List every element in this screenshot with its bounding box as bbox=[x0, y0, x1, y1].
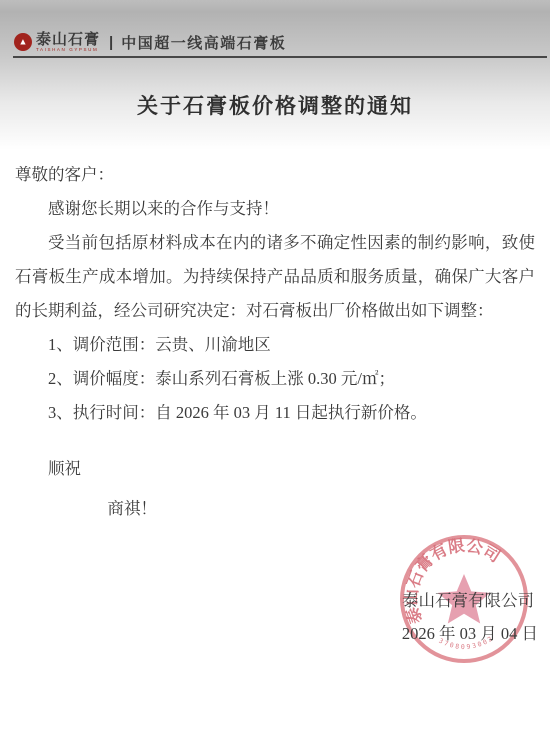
mountain-logo-icon: ▲ bbox=[14, 33, 32, 51]
signature-company: 泰山石膏有限公司 bbox=[402, 584, 534, 617]
body-paragraph: 受当前包括原材料成本在内的诸多不确定性因素的制约影响，致使石膏板生产成本增加。为… bbox=[15, 226, 535, 328]
closing-line-2: 商祺！ bbox=[15, 492, 535, 526]
letterhead-rule bbox=[13, 56, 547, 58]
adjustment-item-date: 3、执行时间：自 2026 年 03 月 11 日起执行新价格。 bbox=[15, 396, 535, 430]
brand-name-english: TAISHAN GYPSUM bbox=[36, 48, 100, 53]
signature-block: 泰山石膏有限公司 2026 年 03 月 04 日 bbox=[402, 584, 534, 650]
adjustment-item-amount: 2、调价幅度：泰山系列石膏板上涨 0.30 元/㎡； bbox=[15, 362, 535, 396]
notice-document-page: ▲ 泰山石膏 TAISHAN GYPSUM | 中国超一线高端石膏板 关于石膏板… bbox=[0, 0, 550, 748]
closing-line-1: 顺祝 bbox=[15, 452, 535, 486]
logo-separator: | bbox=[109, 34, 113, 51]
signature-date: 2026 年 03 月 04 日 bbox=[402, 617, 538, 650]
page-title: 关于石膏板价格调整的通知 bbox=[0, 90, 550, 120]
brand-tagline: 中国超一线高端石膏板 bbox=[121, 32, 286, 53]
company-logo: ▲ 泰山石膏 TAISHAN GYPSUM | 中国超一线高端石膏板 bbox=[14, 29, 286, 55]
thanks-line: 感谢您长期以来的合作与支持！ bbox=[15, 192, 535, 226]
brand-name: 泰山石膏 bbox=[36, 32, 100, 47]
adjustment-item-scope: 1、调价范围：云贵、川渝地区 bbox=[15, 328, 535, 362]
notice-body: 尊敬的客户： 感谢您长期以来的合作与支持！ 受当前包括原材料成本在内的诸多不确定… bbox=[15, 158, 535, 526]
letterhead-band: ▲ 泰山石膏 TAISHAN GYPSUM | 中国超一线高端石膏板 bbox=[0, 0, 550, 150]
salutation: 尊敬的客户： bbox=[15, 158, 535, 192]
